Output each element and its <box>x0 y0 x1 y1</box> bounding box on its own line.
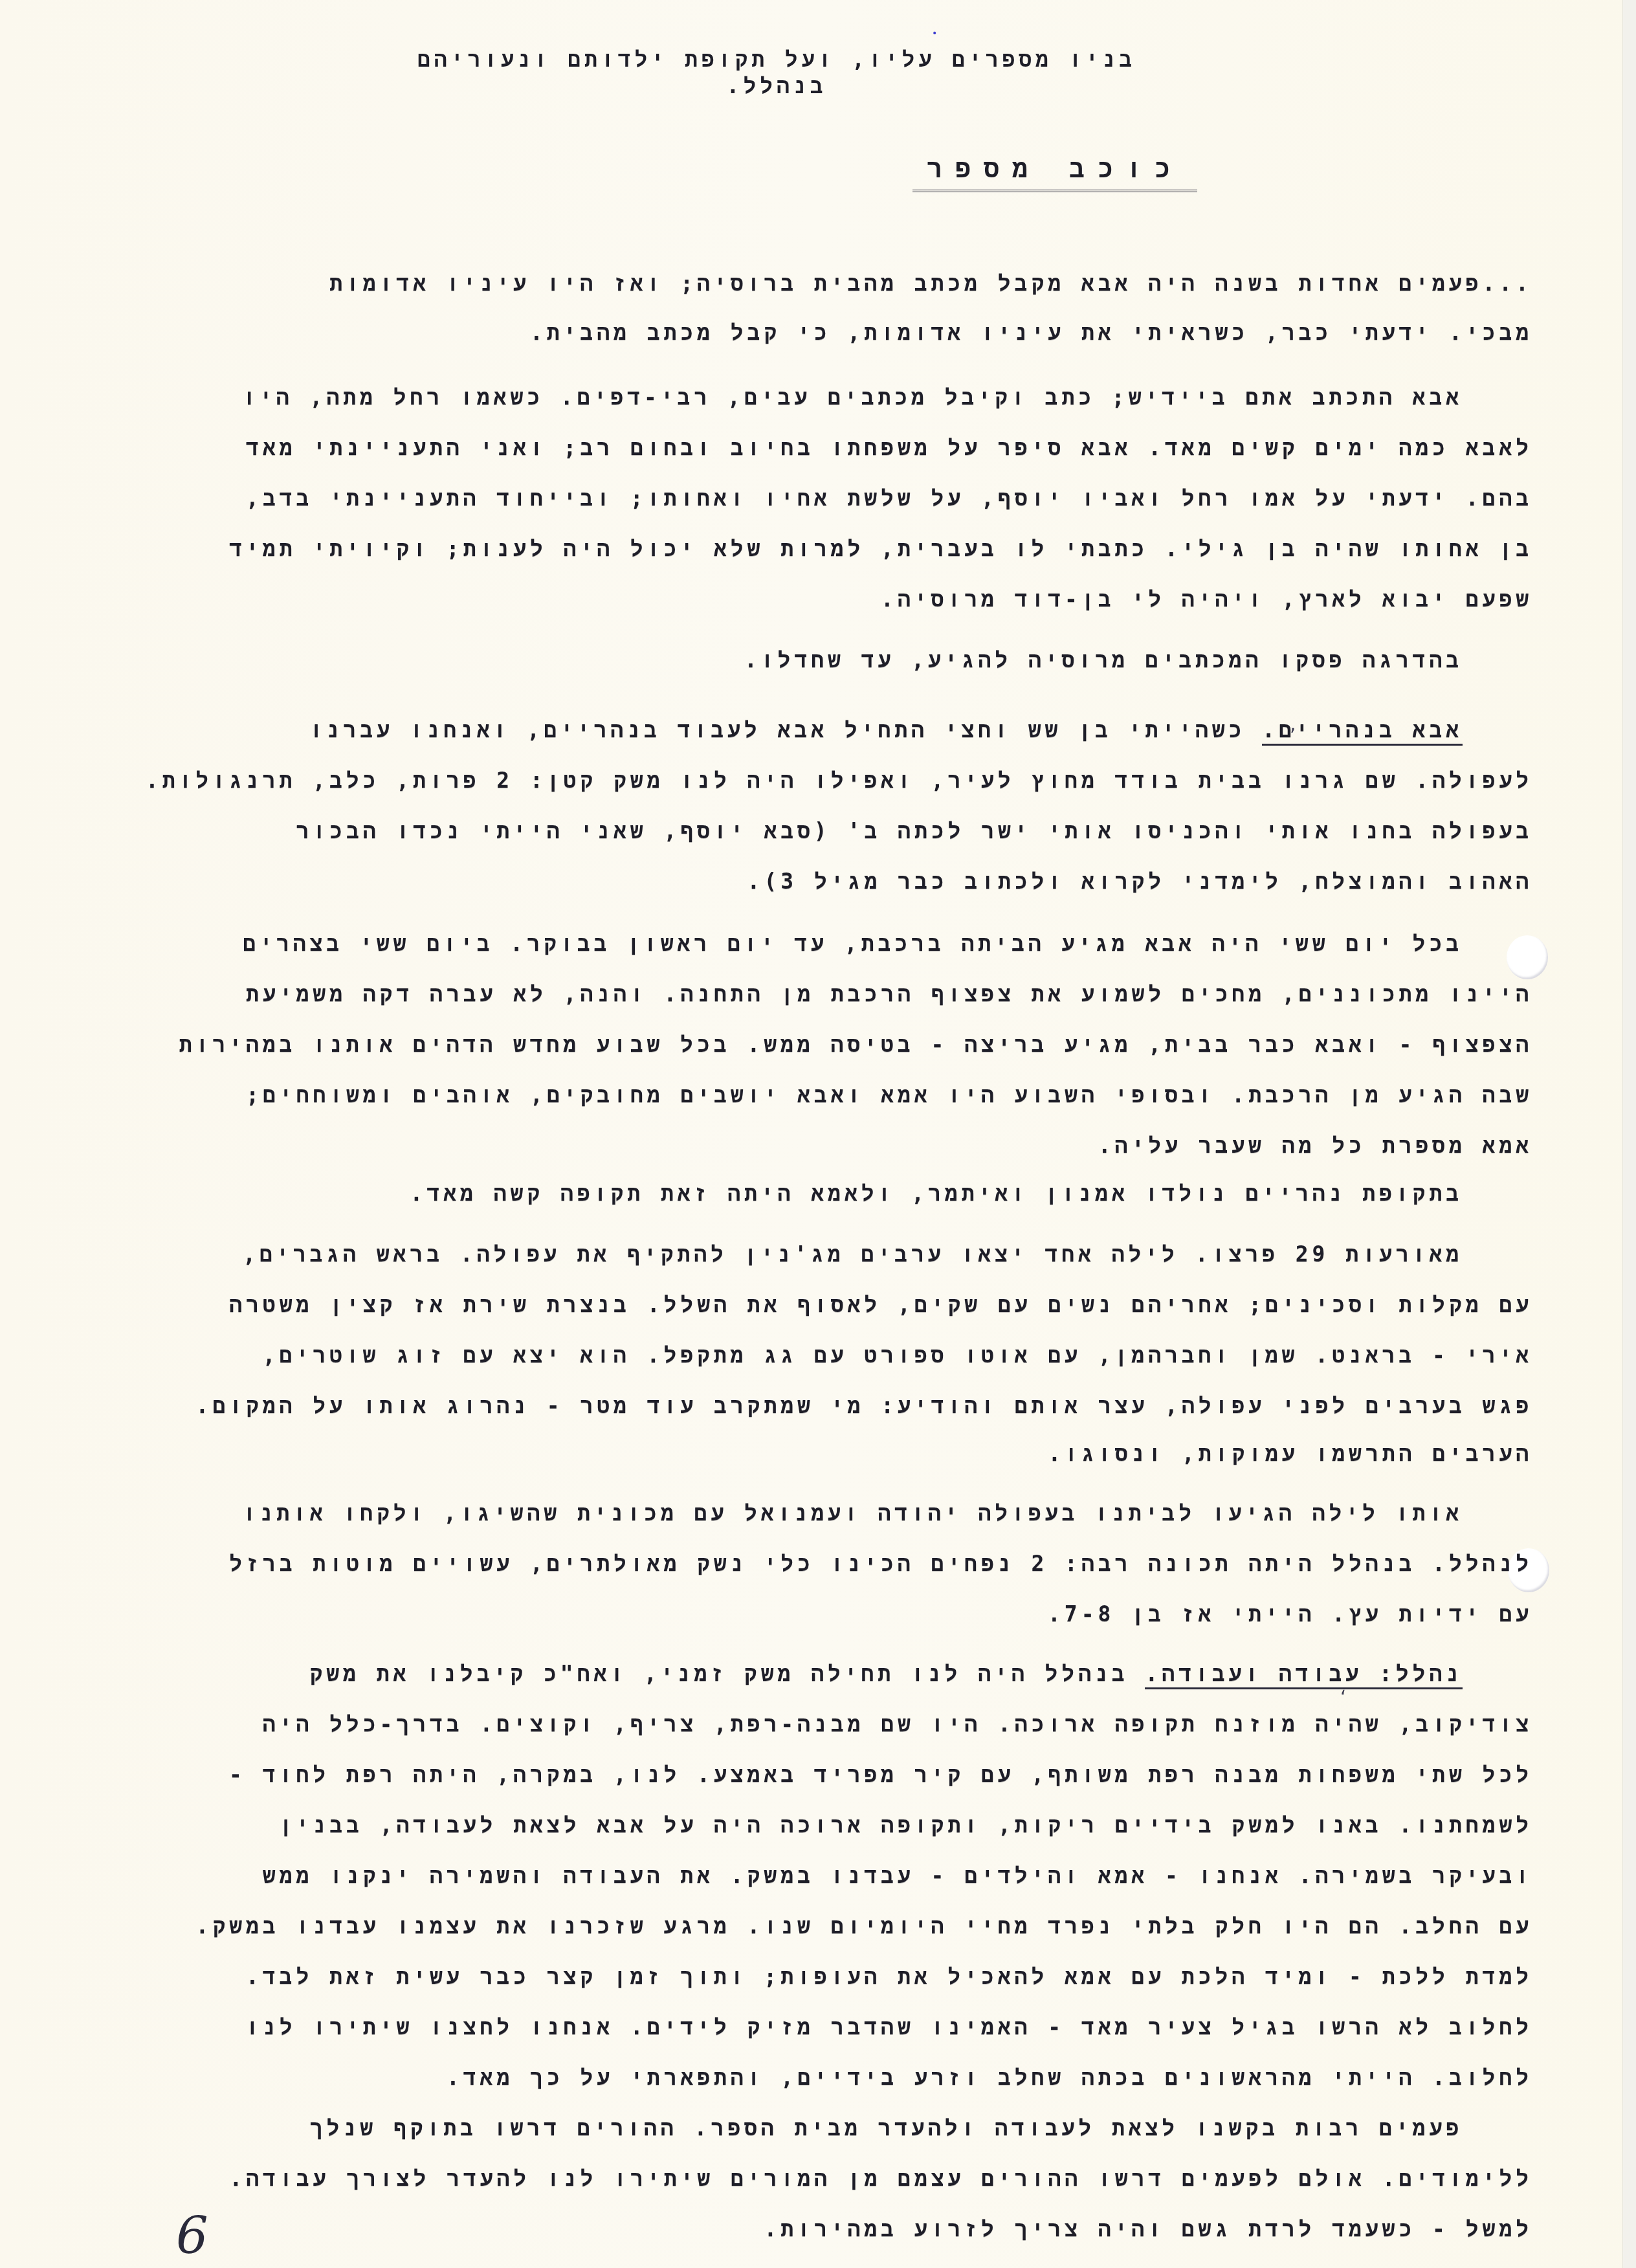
scanned-page: בניו מספרים עליו, ועל תקופת ילדותם ונעור… <box>0 0 1636 2268</box>
text-line: לחלוב לא הרשו בגיל צעיר מאד - האמינו שהד… <box>246 2014 1532 2041</box>
text-line: ללימודים. אולם לפעמים דרשו ההורים עצמם מ… <box>229 2166 1532 2192</box>
text-line: נהלל: עבודה ועבודה. בנהלל היה לנו תחילה … <box>310 1661 1463 1687</box>
text-line: אבא התכתב אתם ביידיש; כתב וקיבל מכתבים ע… <box>243 384 1463 411</box>
text-line: ובעיקר בשמירה. אנחנו - אמא והילדים - עבד… <box>263 1863 1532 1889</box>
text-line: שבה הגיע מן הרכבת. ובסופי השבוע היו אמא … <box>246 1082 1532 1109</box>
text-line: אמא מספרת כל מה שעבר עליה. <box>1098 1133 1532 1159</box>
punch-hole <box>1507 935 1548 979</box>
text-line: לכל שתי משפחות מבנה רפת משותף, עם קיר מפ… <box>229 1762 1532 1788</box>
text-line: לעפולה. שם גרנו בבית בודד מחוץ לעיר, ואפ… <box>146 768 1532 794</box>
text-line: לנהלל. בנהלל היתה תכונה רבה: 2 נפחים הכי… <box>229 1551 1532 1577</box>
text-line: עם החלב. הם היו חלק בלתי נפרד מחיי היומי… <box>196 1913 1532 1940</box>
text-line: היינו מתכוננים, מחכים לשמוע את צפצוף הרכ… <box>246 981 1532 1008</box>
text-line: למשל - כשעמד לרדת גשם והיה צריך לזרוע במ… <box>764 2216 1532 2243</box>
text-span: כשהייתי בן שש וחצי התחיל אבא לעבוד בנהרי… <box>310 717 1246 742</box>
text-line: בכל יום ששי היה אבא מגיע הביתה ברכבת, עד… <box>243 931 1463 957</box>
text-line: לשמחתנו. באנו למשק בידיים ריקות, ותקופה … <box>280 1812 1532 1839</box>
text-line: מבכי. ידעתי כבר, כשראיתי את עיניו אדומות… <box>530 320 1532 346</box>
text-line: מאורעות 29 פרצו. לילה אחד יצאו ערבים מג'… <box>243 1241 1463 1268</box>
text-line: צודיקוב, שהיה מוזנח תקופה ארוכה. היו שם … <box>263 1711 1532 1738</box>
text-line: האהוב והמוצלח, לימדני לקרוא ולכתוב כבר מ… <box>747 869 1532 895</box>
text-line: אותו לילה הגיעו לביתנו בעפולה יהודה ועמנ… <box>243 1500 1463 1527</box>
text-line: שפעם יבוא לארץ, ויהיה לי בן-דוד מרוסיה. <box>881 586 1532 613</box>
text-line: בתקופת נהריים נולדו אמנון ואיתמר, ולאמא … <box>410 1181 1463 1207</box>
document-title: כוכב מספר <box>912 154 1197 192</box>
page-edge <box>1622 0 1636 2268</box>
text-line: פגש בערבים לפני עפולה, עצר אותם והודיע: … <box>196 1393 1532 1419</box>
text-line: עם ידיות עץ. הייתי אז בן 7-8. <box>1048 1601 1532 1628</box>
stray-mark: ʼ <box>1288 726 1297 744</box>
handwritten-page-number: 6 <box>176 2207 208 2265</box>
text-line: בעפולה בחנו אותי והכניסו אותי ישר לכתה ב… <box>296 818 1532 845</box>
section-heading: נהלל: עבודה ועבודה. <box>1145 1661 1463 1689</box>
header-line: בניו מספרים עליו, ועל תקופת ילדותם ונעור… <box>362 47 1191 100</box>
text-line: למדת ללכת - ומיד הלכת עם אמא להאכיל את ה… <box>246 1964 1532 1990</box>
text-line: עם מקלות וסכינים; אחריהם נשים עם שקים, ל… <box>229 1292 1532 1318</box>
text-line: בן אחותו שהיה בן גילי. כתבתי לו בעברית, … <box>229 536 1532 562</box>
text-line: ...פעמים אחדות בשנה היה אבא מקבל מכתב מה… <box>329 271 1532 297</box>
text-line: לחלוב. הייתי מהראשונים בכתה שחלב וזרע בי… <box>447 2065 1532 2091</box>
text-line: בהדרגה פסקו המכתבים מרוסיה להגיע, עד שחד… <box>744 647 1463 674</box>
text-span: בנהלל היה לנו תחילה משק זמני, ואח"כ קיבל… <box>310 1661 1129 1686</box>
text-line: הצפצוף - ואבא כבר בבית, מגיע בריצה - בטי… <box>179 1032 1532 1058</box>
text-line: בהם. ידעתי על אמו רחל ואביו יוסף, על שלש… <box>246 485 1532 512</box>
stray-mark: ʻ <box>1338 1688 1347 1706</box>
ink-dot: • <box>932 28 937 39</box>
text-line: פעמים רבות בקשנו לצאת לעבודה ולהעדר מבית… <box>310 2115 1463 2142</box>
text-line: אירי - בראנט. שמן וחברהמן, עם אוטו ספורט… <box>263 1342 1532 1369</box>
text-line: לאבא כמה ימים קשים מאד. אבא סיפר על משפח… <box>246 435 1532 461</box>
text-line: הערבים התרשמו עמוקות, ונסוגו. <box>1048 1441 1532 1467</box>
